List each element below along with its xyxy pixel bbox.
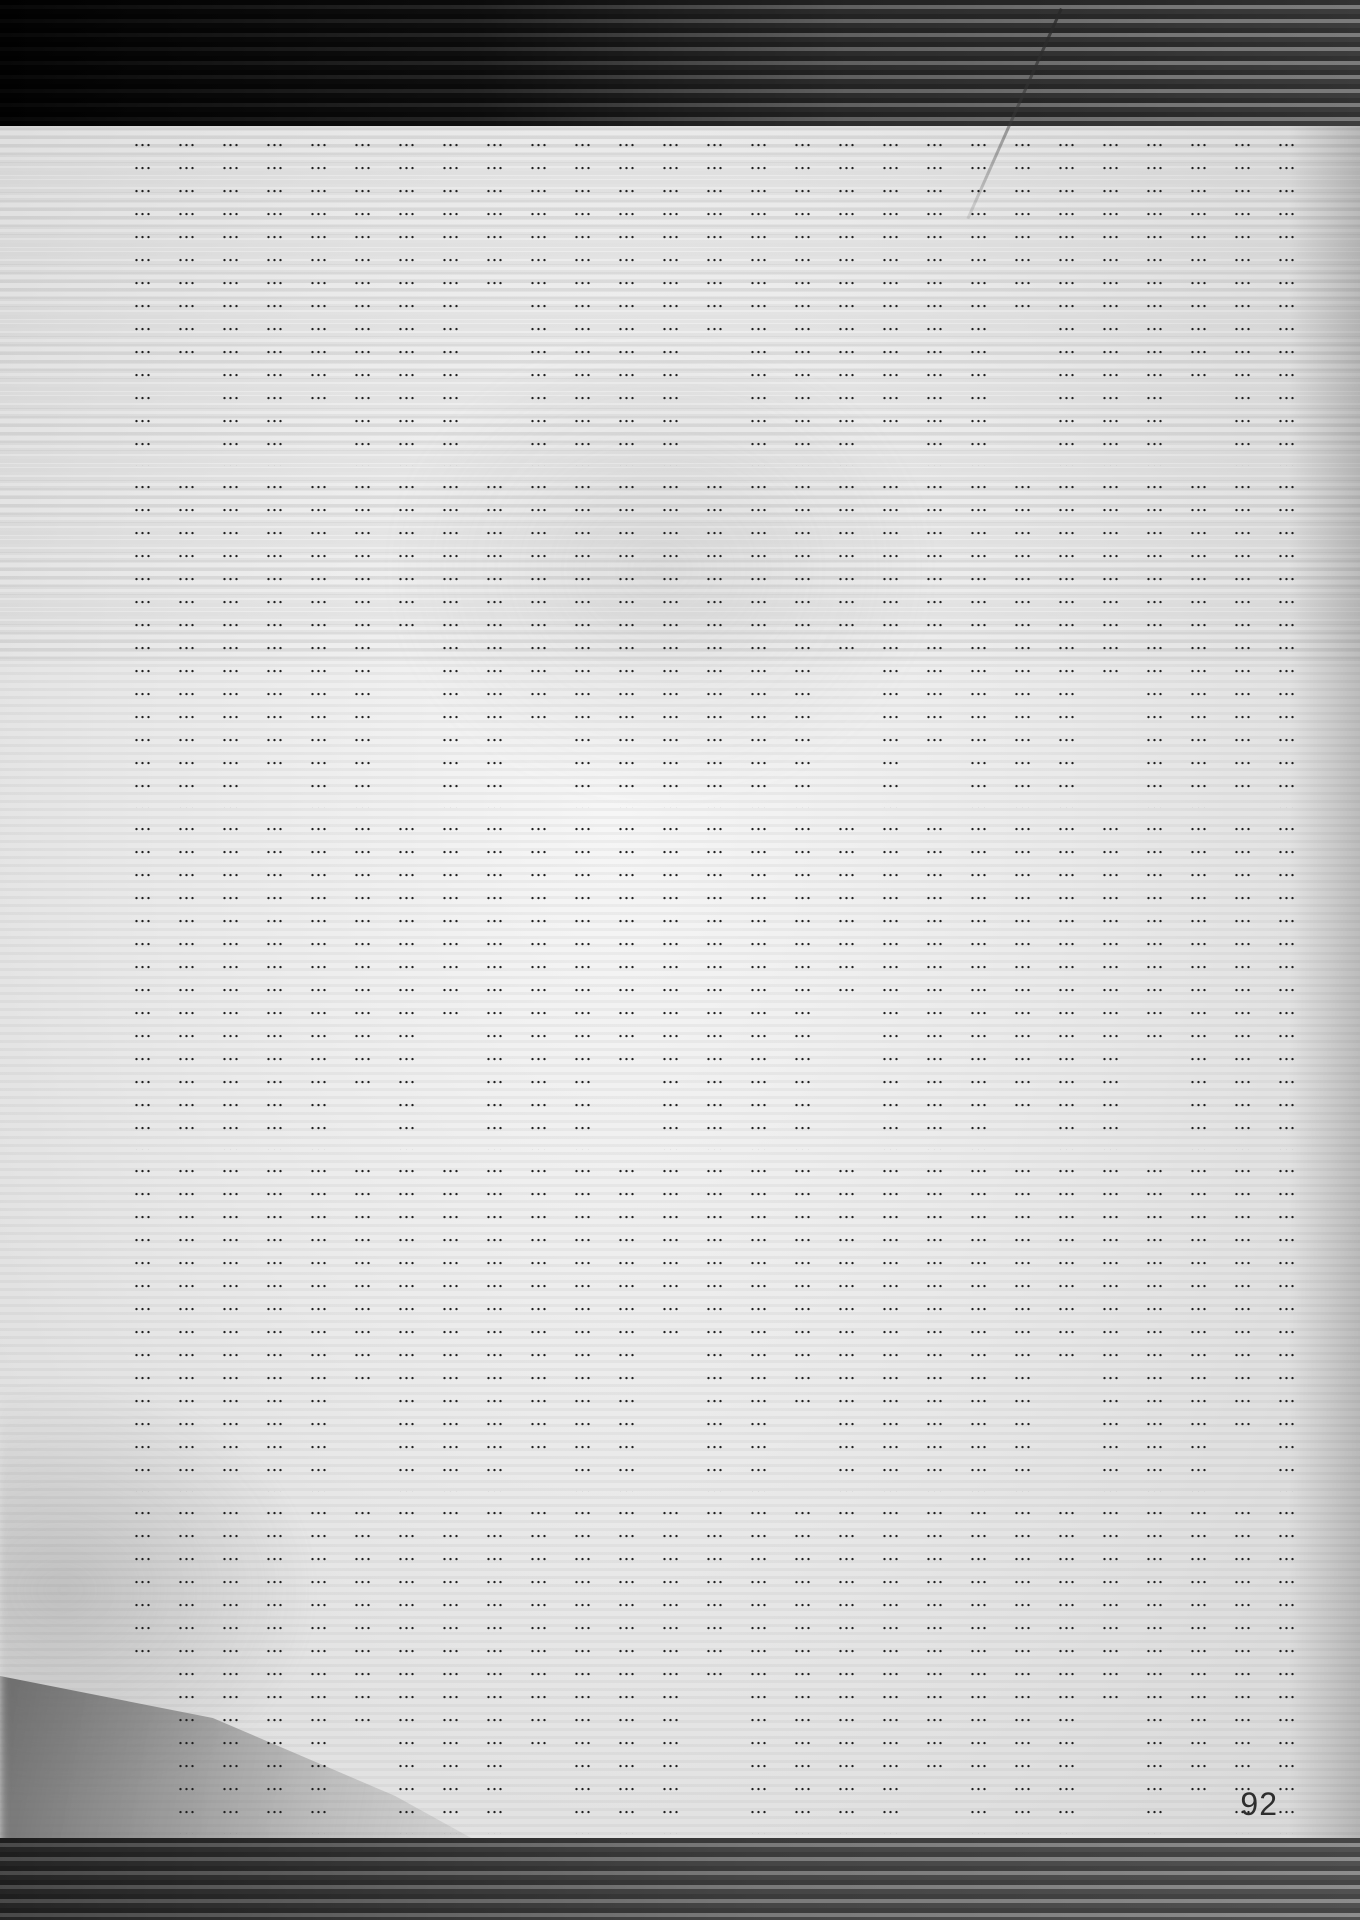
text-column-redacted: …………………………………………: [384, 1498, 428, 1834]
text-column-redacted: …………………………………………: [692, 472, 736, 808]
text-column-redacted: ………………………………………: [956, 1156, 1000, 1492]
text-column-redacted: …………………………………………: [692, 1156, 736, 1492]
text-column-redacted: …………………………………………: [472, 814, 516, 1150]
text-block-2: ……………………………………………………………………………………………………………: [118, 472, 1308, 808]
text-column-redacted: …………………………………………: [692, 814, 736, 1150]
text-column-redacted: …………………………………………: [384, 130, 428, 466]
text-block-5: ……………………………………………………………………………………………………………: [118, 1498, 1308, 1834]
text-column-redacted: …………………………………………: [296, 472, 340, 808]
text-column-redacted: …………………………………………: [736, 472, 780, 808]
text-column-redacted: …………………………………………: [340, 130, 384, 466]
text-column-redacted: ……………………………: [604, 814, 648, 1150]
text-column-redacted: …………………………………………: [1088, 1156, 1132, 1492]
text-column-redacted: …………………………………………: [912, 130, 956, 466]
text-column-redacted: …………………………………………: [560, 814, 604, 1150]
text-column-redacted: …………………………………………: [824, 130, 868, 466]
text-column-redacted: …………………………………………: [648, 1498, 692, 1834]
text-column-redacted: …………………………………………: [1264, 472, 1308, 808]
text-column-redacted: …………………………………………: [164, 1156, 208, 1492]
text-column-redacted: …………………………………………: [1044, 472, 1088, 808]
text-column-redacted: …………………………………………: [428, 1498, 472, 1834]
text-column-redacted: …………………………………………: [472, 1156, 516, 1492]
scan-band-top: [0, 0, 1360, 126]
text-column-redacted: …………………………………………: [604, 1156, 648, 1492]
text-column-redacted: …………………………………………: [1264, 814, 1308, 1150]
text-column-redacted: …………………: [120, 1498, 164, 1834]
text-column-redacted: …………………………………………: [736, 130, 780, 466]
page-number: 92: [1240, 1786, 1278, 1823]
text-column-redacted: …………………………………: [252, 472, 296, 808]
text-column-redacted: …………………………………………: [604, 472, 648, 808]
text-column-redacted: …………………………………………: [516, 130, 560, 466]
text-column-redacted: …………………………………………: [1000, 472, 1044, 808]
text-column-redacted: …………………………………………: [120, 1156, 164, 1492]
text-column-redacted: …………………………: [1132, 814, 1176, 1150]
text-column-redacted: ………………………………: [912, 472, 956, 808]
text-column-redacted: …………………………………………: [824, 1156, 868, 1492]
text-column-redacted: …………………………………………: [1132, 472, 1176, 808]
text-column-redacted: …………………………………………: [252, 130, 296, 466]
text-column-redacted: ……………………………………: [208, 1156, 252, 1492]
text-column-redacted: …………………………………………: [252, 1156, 296, 1492]
text-column-redacted: …………………………………………: [780, 814, 824, 1150]
text-column-redacted: …………………………………………: [428, 130, 472, 466]
text-column-redacted: ………………………………: [1220, 1156, 1264, 1492]
text-column-redacted: ……………………………: [516, 1498, 560, 1834]
text-column-redacted: …………………………………………: [780, 130, 824, 466]
text-column-redacted: …………………………………………: [1132, 1156, 1176, 1492]
text-column-redacted: …………………………………………: [428, 472, 472, 808]
text-column-redacted: …………………………………………: [1176, 472, 1220, 808]
text-block-1: ……………………………………………………………………………………………………………: [118, 130, 1308, 466]
text-column-redacted: …………………………………………: [164, 1498, 208, 1834]
text-column-redacted: …………………………………………: [296, 1156, 340, 1492]
text-column-redacted: …………………: [472, 130, 516, 466]
text-column-redacted: …………………………………………: [296, 814, 340, 1150]
text-column-redacted: …………………: [384, 472, 428, 808]
text-column-redacted: …………………………: [340, 1156, 384, 1492]
text-column-redacted: …………………………: [164, 130, 208, 466]
text-column-redacted: …………………………………………: [1000, 1156, 1044, 1492]
text-column-redacted: …………………………………………: [208, 814, 252, 1150]
text-column-redacted: …………………………………………: [648, 130, 692, 466]
text-column-redacted: …………………………………………: [912, 1156, 956, 1492]
text-column-redacted: …………………………………………: [1264, 1498, 1308, 1834]
text-column-redacted: …………………………………………: [516, 814, 560, 1150]
text-column-redacted: ………………………: [428, 814, 472, 1150]
text-block-4: ……………………………………………………………………………………………………………: [118, 1156, 1308, 1492]
text-column-redacted: ……………………………………: [252, 1498, 296, 1834]
text-column-redacted: …………………………………………: [164, 472, 208, 808]
text-column-redacted: ………………………………………: [736, 814, 780, 1150]
text-column-redacted: …………………………………………: [1176, 814, 1220, 1150]
text-column-redacted: ……………………………: [1176, 130, 1220, 466]
text-column-redacted: …………………………………………: [560, 1156, 604, 1492]
text-column-redacted: …………………………………………: [736, 1156, 780, 1492]
text-column-redacted: …………………………………………: [868, 1156, 912, 1492]
text-column-redacted: …………………………………………: [1264, 1156, 1308, 1492]
text-column-redacted: …………………………………………: [1088, 814, 1132, 1150]
text-column-redacted: …………………………………………: [824, 1498, 868, 1834]
text-column-redacted: …………………………………………: [1044, 130, 1088, 466]
text-column-redacted: …………………………: [340, 1498, 384, 1834]
text-column-redacted: ………………………………………: [780, 1498, 824, 1834]
text-column-redacted: …………………………………………: [1044, 1498, 1088, 1834]
text-column-redacted: ………………………………: [912, 1498, 956, 1834]
text-column-redacted: …………………………………………: [956, 472, 1000, 808]
text-column-redacted: ……………………: [824, 814, 868, 1150]
text-block-3: ……………………………………………………………………………………………………………: [118, 814, 1308, 1150]
text-column-redacted: ………………………: [1088, 1498, 1132, 1834]
text-column-redacted: …………………………………………: [340, 472, 384, 808]
text-column-redacted: …………………………………: [868, 130, 912, 466]
text-column-redacted: …………………………………………: [472, 472, 516, 808]
text-column-redacted: ……………………………: [516, 472, 560, 808]
text-column-redacted: …………………………………………: [736, 1498, 780, 1834]
text-column-redacted: …………………………………………: [1220, 130, 1264, 466]
text-column-redacted: …………………………………………: [252, 814, 296, 1150]
text-column-redacted: ……………………: [648, 1156, 692, 1492]
text-column-redacted: …………………………………: [1000, 814, 1044, 1150]
text-column-redacted: ……………………: [1000, 130, 1044, 466]
text-column-redacted: …………………………………: [1176, 1498, 1220, 1834]
text-column-redacted: ………………………………………: [648, 472, 692, 808]
text-column-redacted: …………………………………………: [560, 1498, 604, 1834]
text-column-redacted: …………………………………………: [604, 130, 648, 466]
text-column-redacted: …………………………………………: [384, 814, 428, 1150]
text-column-redacted: …………………………………………: [120, 814, 164, 1150]
text-column-redacted: …………………………………………: [1000, 1498, 1044, 1834]
text-column-redacted: …………………………………………: [560, 472, 604, 808]
scan-band-bottom: [0, 1838, 1360, 1920]
text-column-redacted: …………………………………………: [208, 1498, 252, 1834]
text-column-redacted: …………………………………………: [1132, 130, 1176, 466]
text-column-redacted: …………………………………………: [868, 814, 912, 1150]
text-column-redacted: ………………………………: [340, 814, 384, 1150]
text-column-redacted: ………………………: [692, 130, 736, 466]
text-column-redacted: …………………………………: [516, 1156, 560, 1492]
text-column-redacted: ……………………………………: [164, 814, 208, 1150]
text-column-redacted: …………………………………………: [296, 1498, 340, 1834]
text-column-redacted: …………………………………………: [1044, 814, 1088, 1150]
text-column-redacted: …………………………………………: [428, 1156, 472, 1492]
text-column-redacted: …………………………………………: [1220, 814, 1264, 1150]
text-column-redacted: …………………………………………: [868, 1498, 912, 1834]
text-column-redacted: ……………………: [692, 1498, 736, 1834]
text-column-redacted: …………………………………………: [956, 130, 1000, 466]
text-column-redacted: …………………………………………: [472, 1498, 516, 1834]
text-column-redacted: …………………………………………: [1176, 1156, 1220, 1492]
text-column-redacted: ……………………………: [780, 1156, 824, 1492]
text-column-redacted: …………………………………………: [648, 814, 692, 1150]
text-column-redacted: …………………………………………: [780, 472, 824, 808]
text-column-redacted: …………………………………………: [912, 814, 956, 1150]
text-column-redacted: ………………………: [1088, 472, 1132, 808]
text-column-redacted: ……………………………………: [1220, 472, 1264, 808]
text-column-redacted: …………………………………………: [1264, 130, 1308, 466]
text-column-redacted: …………………………………………: [1132, 1498, 1176, 1834]
text-column-redacted: ………………………: [1044, 1156, 1088, 1492]
scanned-page: ……………………………………………………………………………………………………………: [0, 0, 1360, 1920]
text-column-redacted: ………………………………………: [560, 130, 604, 466]
text-column-redacted: ………………………………: [296, 130, 340, 466]
text-column-redacted: …………………………………………: [120, 130, 164, 466]
text-column-redacted: …………………………………………: [956, 814, 1000, 1150]
text-column-redacted: …………………………………………: [604, 1498, 648, 1834]
text-column-redacted: …………………………………………: [120, 472, 164, 808]
text-column-redacted: …………………………………………: [956, 1498, 1000, 1834]
text-column-redacted: …………………………………………: [208, 130, 252, 466]
text-column-redacted: …………………………………………: [1088, 130, 1132, 466]
text-column-redacted: …………………………………………: [868, 472, 912, 808]
text-column-redacted: …………………………………………: [208, 472, 252, 808]
text-column-redacted: ……………………: [824, 472, 868, 808]
text-column-redacted: …………………………………………: [1220, 1498, 1264, 1834]
text-column-redacted: …………………………………………: [384, 1156, 428, 1492]
